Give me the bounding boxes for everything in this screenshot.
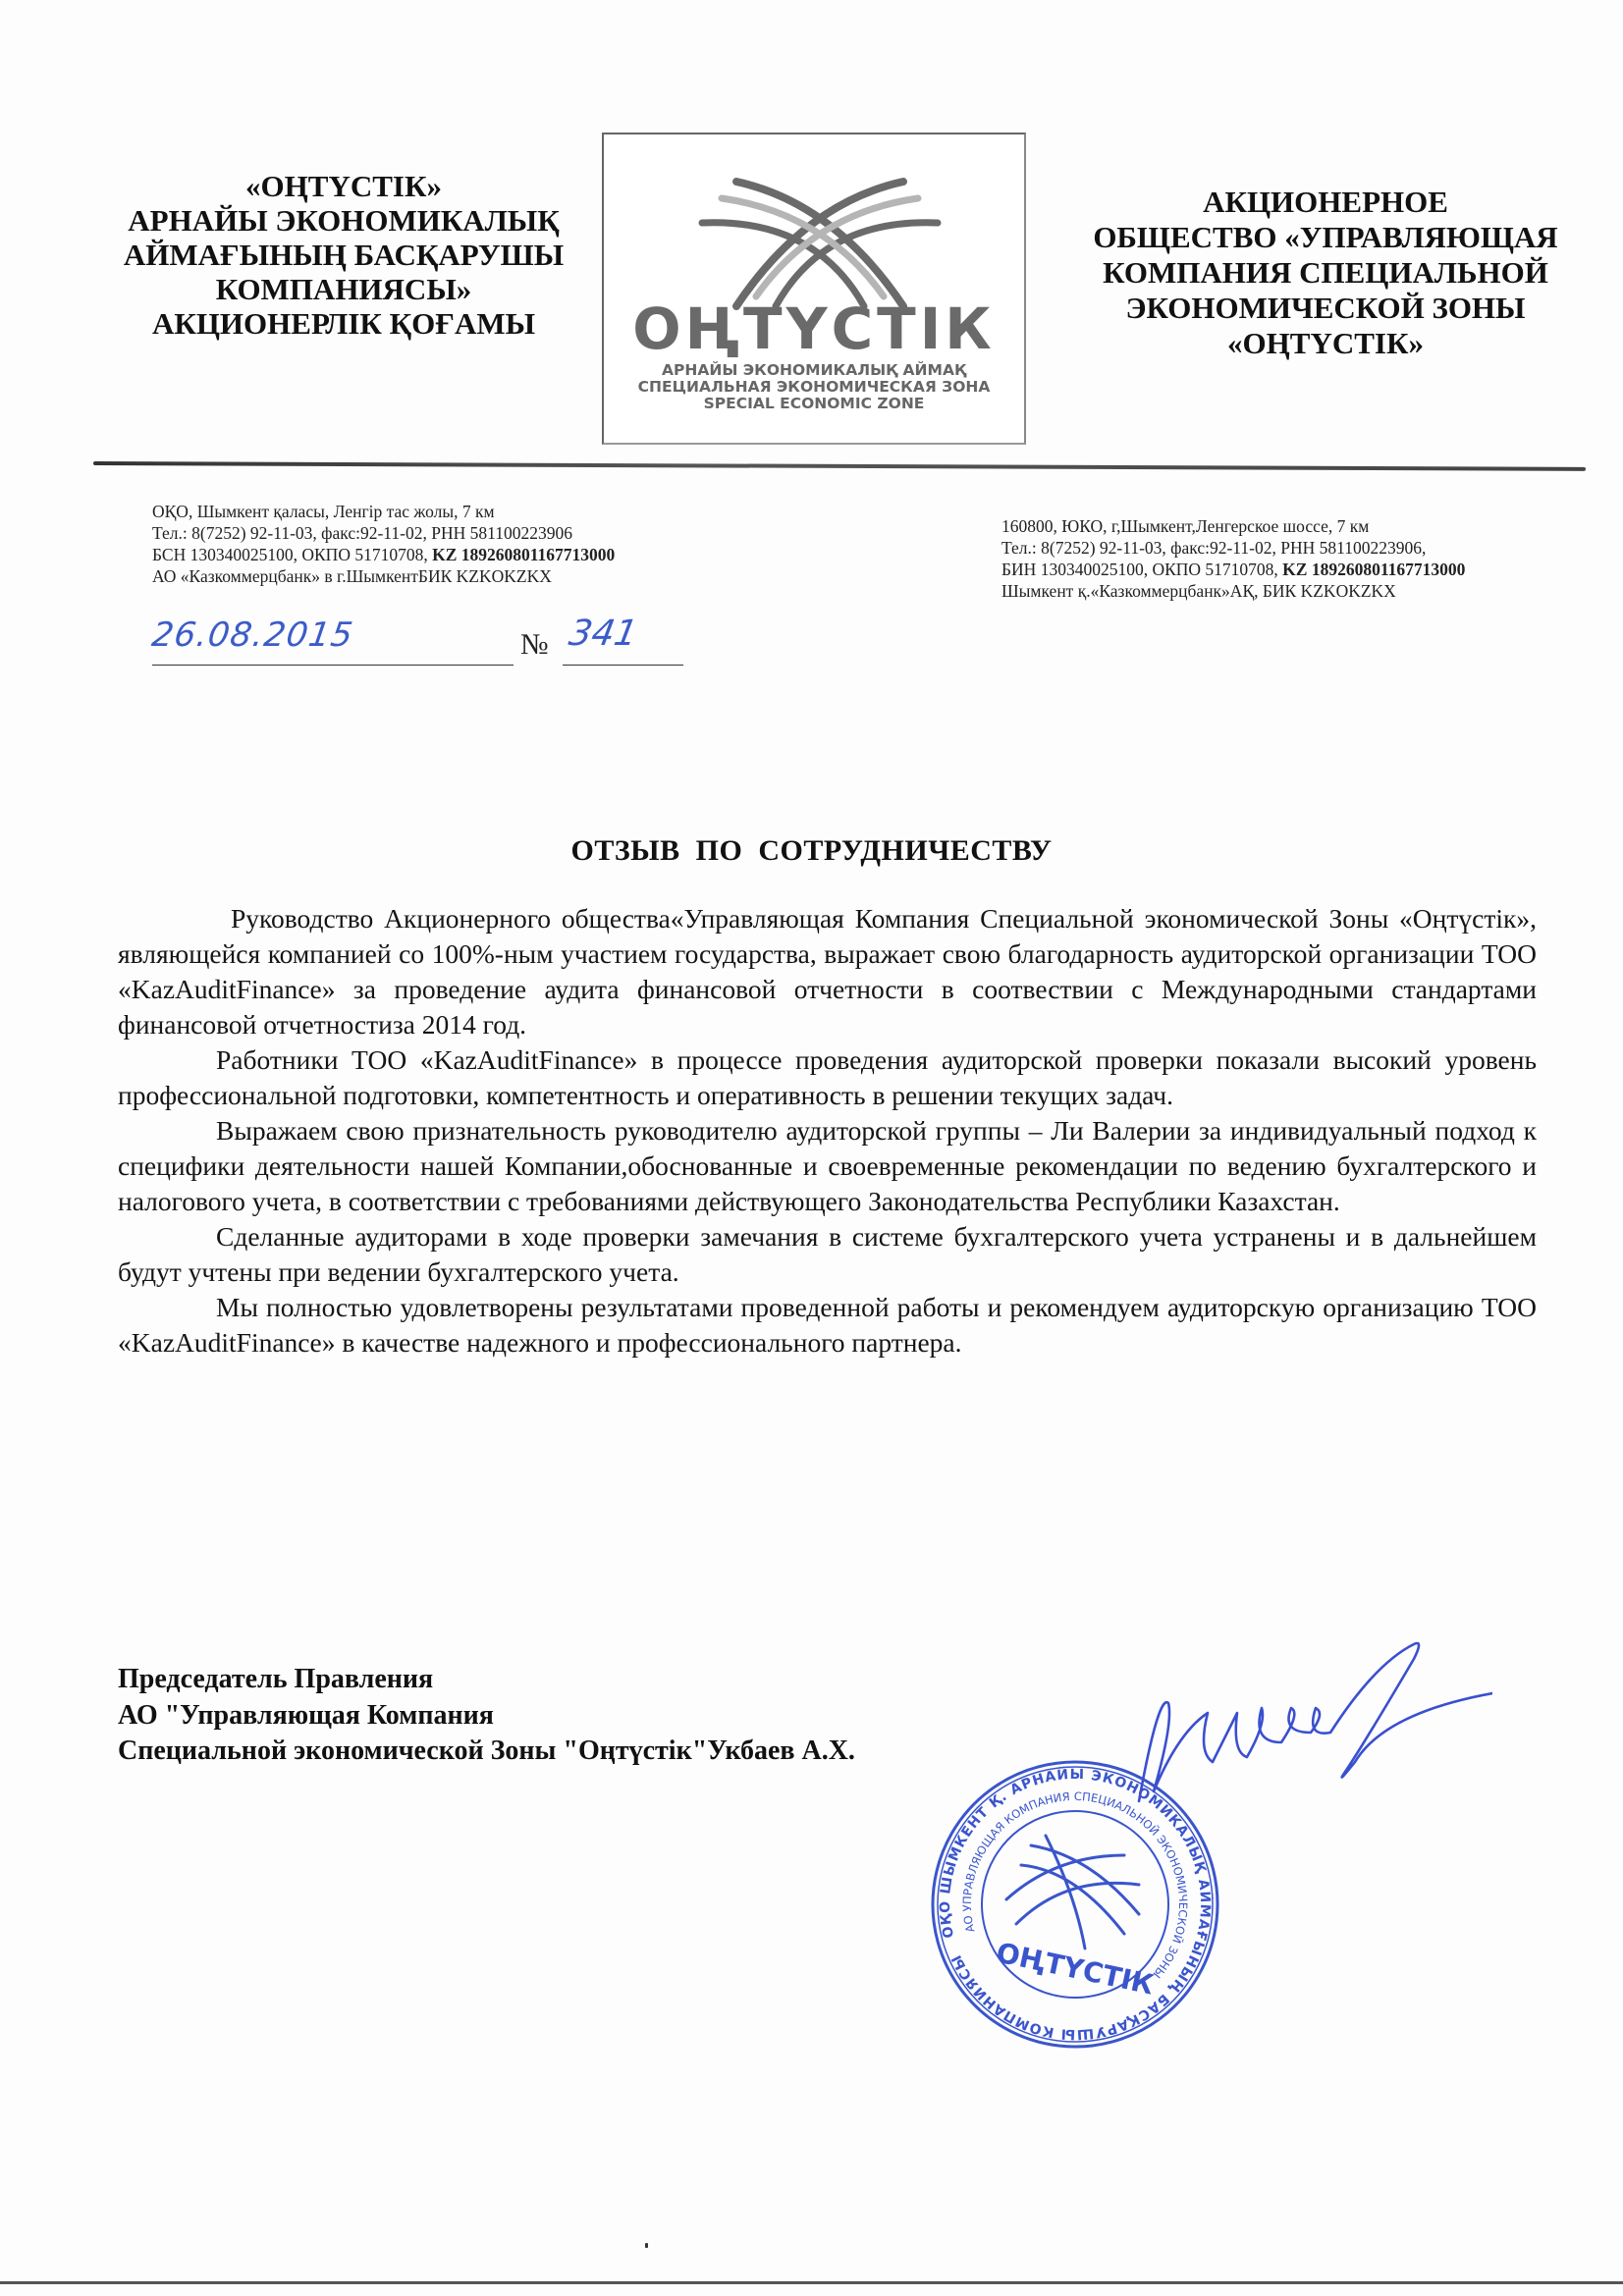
phone: Тел.: 8(7252) 92-11-03, факс:92-11-02, Р…	[1001, 537, 1465, 559]
date-underline	[152, 664, 514, 666]
logo-line: SPECIAL ECONOMIC ZONE	[604, 396, 1024, 412]
header-line: АКЦИОНЕРНОЕ	[1070, 185, 1581, 220]
ids-prefix: БИН 130340025100, ОКПО 51710708,	[1001, 560, 1282, 579]
page-bottom-edge	[0, 2281, 1623, 2284]
header-divider	[93, 461, 1586, 471]
signatory-line: Председатель Правления	[118, 1662, 855, 1698]
company-name-kazakh: «ОҢТҮСТІК» АРНАЙЫ ЭКОНОМИКАЛЫҚ АЙМАҒЫНЫҢ…	[108, 169, 579, 341]
requisites-russian: 160800, ЮКО, г,Шымкент,Ленгерское шоссе,…	[1001, 515, 1465, 602]
logo-wordmark: ОҢТҮСТІК	[604, 299, 1024, 358]
bank: Шымкент қ.«Казкоммерцбанк»АҚ, БИК KZKOKZ…	[1001, 580, 1465, 602]
header-line: ОБЩЕСТВО «УПРАВЛЯЮЩАЯ	[1070, 220, 1581, 255]
stamp-center-word: ОҢТҮСТІК	[994, 1936, 1157, 2001]
scan-artifact	[645, 2243, 648, 2248]
handwritten-number: 341	[566, 614, 640, 654]
ids: БСН 130340025100, ОКПО 51710708, KZ 1892…	[152, 544, 615, 565]
phone: Тел.: 8(7252) 92-11-03, факс:92-11-02, Р…	[152, 522, 615, 544]
paragraph: Руководство Акционерного общества«Управл…	[118, 901, 1537, 1042]
header-line: «ОҢТҮСТІК»	[1070, 326, 1581, 361]
account-number: KZ 189260801167713000	[432, 545, 615, 564]
account-number: KZ 189260801167713000	[1282, 560, 1465, 579]
paragraph: Мы полностью удовлетворены результатами …	[118, 1290, 1537, 1361]
header-line: ЭКОНОМИЧЕСКОЙ ЗОНЫ	[1070, 291, 1581, 326]
ids: БИН 130340025100, ОКПО 51710708, KZ 1892…	[1001, 559, 1465, 580]
paragraph: Сделанные аудиторами в ходе проверки зам…	[118, 1219, 1537, 1290]
requisites-kazakh: ОҚО, Шымкент қаласы, Ленгір тас жолы, 7 …	[152, 501, 615, 587]
address: 160800, ЮКО, г,Шымкент,Ленгерское шоссе,…	[1001, 515, 1465, 537]
number-underline	[563, 664, 683, 666]
company-logo: ОҢТҮСТІК АРНАЙЫ ЭКОНОМИКАЛЫҚ АЙМАҚ СПЕЦИ…	[602, 133, 1026, 445]
signatory: Председатель Правления АО "Управляющая К…	[118, 1662, 855, 1770]
address: ОҚО, Шымкент қаласы, Ленгір тас жолы, 7 …	[152, 501, 615, 522]
letter-body: Руководство Акционерного общества«Управл…	[118, 901, 1537, 1361]
handwritten-signature-icon	[1119, 1634, 1492, 1831]
header-line: КОМПАНИЯ СПЕЦИАЛЬНОЙ	[1070, 255, 1581, 291]
document-title: ОТЗЫВ ПО СОТРУДНИЧЕСТВУ	[0, 834, 1623, 868]
logo-subtitle: АРНАЙЫ ЭКОНОМИКАЛЫҚ АЙМАҚ СПЕЦИАЛЬНАЯ ЭК…	[604, 362, 1024, 412]
handwritten-date: 26.08.2015	[149, 615, 355, 655]
signatory-line: АО "Управляющая Компания	[118, 1698, 855, 1735]
signatory-line: Специальной экономической Зоны "Оңтүстік…	[118, 1734, 855, 1770]
header-line: КОМПАНИЯСЫ»	[108, 272, 579, 306]
company-name-russian: АКЦИОНЕРНОЕ ОБЩЕСТВО «УПРАВЛЯЮЩАЯ КОМПАН…	[1070, 185, 1581, 361]
paragraph: Выражаем свою признательность руководите…	[118, 1113, 1537, 1219]
paragraph: Работники ТОО «KazAuditFinance» в процес…	[118, 1042, 1537, 1113]
ids-prefix: БСН 130340025100, ОКПО 51710708,	[152, 545, 432, 564]
logo-line: СПЕЦИАЛЬНАЯ ЭКОНОМИЧЕСКАЯ ЗОНА	[604, 379, 1024, 396]
header-line: АКЦИОНЕРЛІК ҚОҒАМЫ	[108, 306, 579, 341]
header-line: АЙМАҒЫНЫҢ БАСҚАРУШЫ	[108, 238, 579, 272]
logo-line: АРНАЙЫ ЭКОНОМИКАЛЫҚ АЙМАҚ	[604, 362, 1024, 379]
bank: АО «Казкоммерцбанк» в г.ШымкентБИК KZKOK…	[152, 565, 615, 587]
header-line: АРНАЙЫ ЭКОНОМИКАЛЫҚ	[108, 203, 579, 238]
globe-arcs-icon	[697, 174, 943, 311]
header-line: «ОҢТҮСТІК»	[108, 169, 579, 203]
number-sign: №	[520, 628, 549, 662]
